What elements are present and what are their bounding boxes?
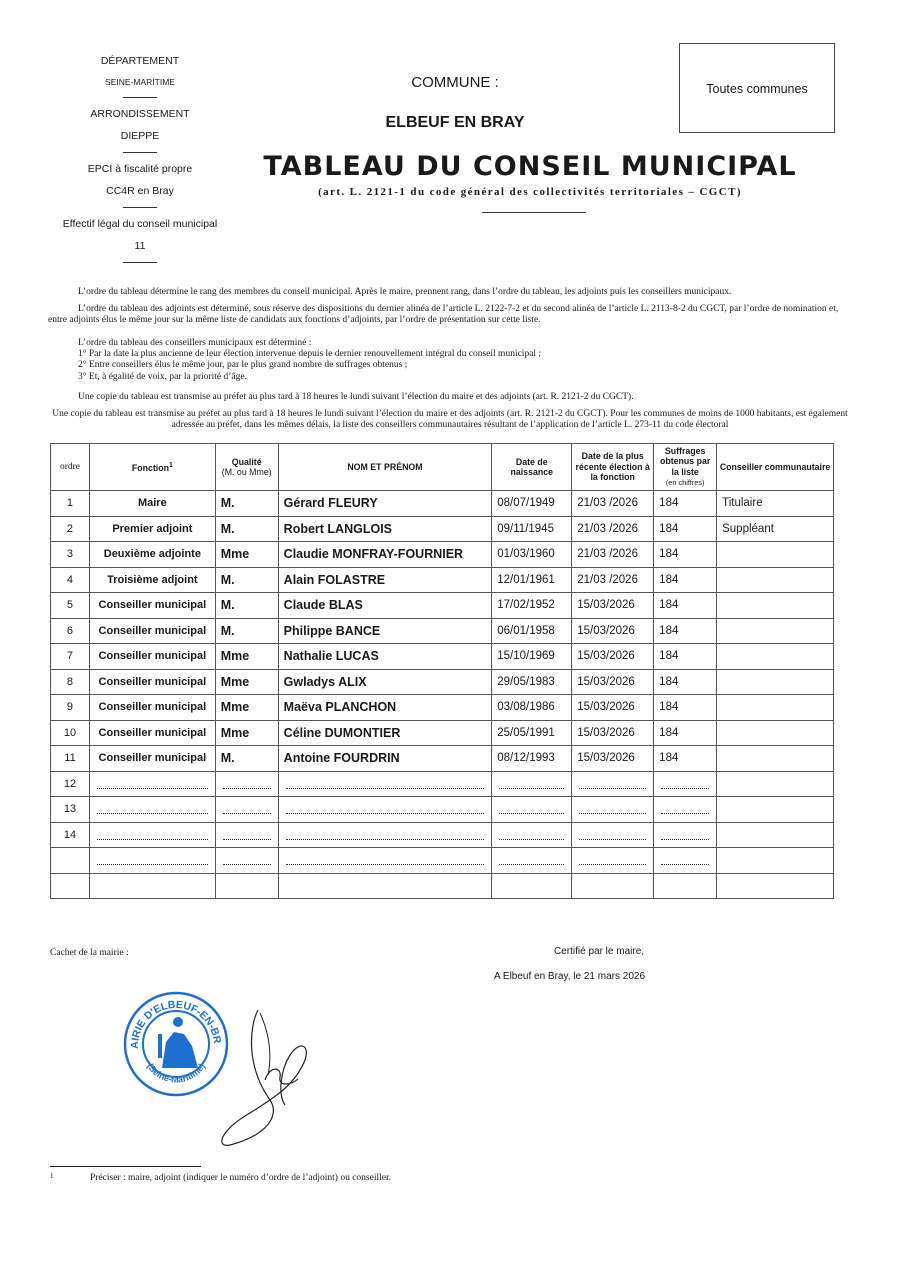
cell-election: 21/03 /2026 (572, 491, 654, 517)
dotted-fill-line (97, 830, 208, 840)
blank-table-row: 13 (51, 797, 834, 823)
blank-cell (89, 797, 215, 823)
dotted-fill-line (97, 804, 208, 814)
dotted-fill-line (499, 779, 564, 789)
divider (123, 152, 157, 153)
cell-suffrages: 184 (654, 567, 717, 593)
header-suffrages: Suffrages obtenus par la liste(en chiffr… (654, 444, 717, 491)
dotted-fill-line (579, 855, 646, 865)
cell-naissance: 09/11/1945 (492, 516, 572, 542)
cell-suffrages: 184 (654, 491, 717, 517)
dotted-fill-line (97, 779, 208, 789)
header-qualite: Qualité(M. ou Mme) (215, 444, 278, 491)
blank-table-row (51, 848, 834, 874)
cell-fonction: Conseiller municipal (89, 618, 215, 644)
blank-cell (572, 822, 654, 848)
blank-cell (492, 873, 572, 899)
cell-naissance: 03/08/1986 (492, 695, 572, 721)
blank-cell (215, 797, 278, 823)
dotted-fill-line (286, 830, 485, 840)
cell-qualite: Mme (215, 720, 278, 746)
blank-cell (215, 873, 278, 899)
blank-cell (89, 771, 215, 797)
blank-table-row: 12 (51, 771, 834, 797)
cell-communautaire: Titulaire (717, 491, 834, 517)
certification-text: Certifié par le maire, (554, 946, 644, 957)
blank-table-row: 14 (51, 822, 834, 848)
blank-cell (89, 822, 215, 848)
ordering-rules-heading: L’ordre du tableau des conseillers munic… (78, 338, 848, 349)
departement-label: DÉPARTEMENT (50, 56, 230, 67)
table-row: 8Conseiller municipalMmeGwladys ALIX29/0… (51, 669, 834, 695)
cell-ordre (51, 848, 90, 874)
dotted-fill-line (579, 779, 646, 789)
blank-cell (717, 797, 834, 823)
dotted-fill-line (223, 779, 271, 789)
cell-election: 15/03/2026 (572, 720, 654, 746)
blank-cell (654, 797, 717, 823)
cell-ordre: 1 (51, 491, 90, 517)
cell-qualite: M. (215, 618, 278, 644)
cell-ordre: 14 (51, 822, 90, 848)
effectif-value: 11 (50, 241, 230, 252)
cell-fonction: Conseiller municipal (89, 669, 215, 695)
cell-nom: Philippe BANCE (278, 618, 492, 644)
dotted-fill-line (223, 830, 271, 840)
cell-communautaire (717, 695, 834, 721)
blank-cell (654, 771, 717, 797)
blank-cell (717, 771, 834, 797)
cell-ordre: 7 (51, 644, 90, 670)
council-table: ordre Fonction1 Qualité(M. ou Mme) NOM E… (50, 443, 834, 899)
cell-fonction: Conseiller municipal (89, 593, 215, 619)
table-row: 9Conseiller municipalMmeMaëva PLANCHON03… (51, 695, 834, 721)
intro-paragraph-3: L’ordre du tableau des conseillers munic… (78, 338, 848, 383)
cell-election: 21/03 /2026 (572, 516, 654, 542)
cell-nom: Robert LANGLOIS (278, 516, 492, 542)
header-naissance: Date de naissance (492, 444, 572, 491)
arrondissement-label: ARRONDISSEMENT (50, 109, 230, 120)
intro-paragraph-1: L’ordre du tableau détermine le rang des… (50, 287, 850, 298)
divider (123, 207, 157, 208)
cell-fonction: Troisième adjoint (89, 567, 215, 593)
cell-ordre: 12 (51, 771, 90, 797)
blank-table-row (51, 873, 834, 899)
cell-communautaire (717, 746, 834, 772)
cell-communautaire: Suppléant (717, 516, 834, 542)
dotted-fill-line (661, 830, 709, 840)
epci-label: EPCI à fiscalité propre (50, 164, 230, 175)
communes-box: Toutes communes (679, 43, 835, 133)
cell-ordre (51, 873, 90, 899)
dotted-fill-line (661, 804, 709, 814)
footnote-text: Préciser : maire, adjoint (indiquer le n… (90, 1173, 391, 1183)
divider (123, 262, 157, 263)
arrondissement-value: DIEPPE (50, 131, 230, 142)
blank-cell (717, 822, 834, 848)
ordering-rule: 3° Et, à égalité de voix, par la priorit… (78, 372, 848, 383)
cell-naissance: 08/12/1993 (492, 746, 572, 772)
communes-box-text: Toutes communes (680, 82, 834, 96)
cell-election: 21/03 /2026 (572, 567, 654, 593)
cell-qualite: Mme (215, 695, 278, 721)
cell-suffrages: 184 (654, 746, 717, 772)
table-row: 10Conseiller municipalMmeCéline DUMONTIE… (51, 720, 834, 746)
cell-fonction: Premier adjoint (89, 516, 215, 542)
commune-name: ELBEUF EN BRAY (340, 114, 570, 132)
dotted-fill-line (499, 855, 564, 865)
blank-cell (717, 873, 834, 899)
dotted-fill-line (223, 855, 271, 865)
cell-naissance: 15/10/1969 (492, 644, 572, 670)
cell-suffrages: 184 (654, 593, 717, 619)
table-row: 2Premier adjointM.Robert LANGLOIS09/11/1… (51, 516, 834, 542)
dotted-fill-line (223, 804, 271, 814)
footnote-divider (50, 1166, 201, 1167)
cell-nom: Antoine FOURDRIN (278, 746, 492, 772)
cell-qualite: M. (215, 593, 278, 619)
blank-cell (89, 873, 215, 899)
header-fonction-label: Fonction (132, 463, 169, 473)
cell-ordre: 3 (51, 542, 90, 568)
cell-communautaire (717, 669, 834, 695)
dotted-fill-line (286, 779, 485, 789)
cell-ordre: 9 (51, 695, 90, 721)
blank-cell (572, 873, 654, 899)
footnote-number: 1 (50, 1172, 54, 1180)
cell-fonction: Conseiller municipal (89, 644, 215, 670)
dotted-fill-line (661, 779, 709, 789)
cell-naissance: 25/05/1991 (492, 720, 572, 746)
ordering-rule: 1° Par la date la plus ancienne de leur … (78, 349, 848, 360)
mayor-signature (210, 1005, 320, 1150)
cell-suffrages: 184 (654, 516, 717, 542)
cell-fonction: Conseiller municipal (89, 720, 215, 746)
cell-suffrages: 184 (654, 720, 717, 746)
cell-nom: Maëva PLANCHON (278, 695, 492, 721)
cell-nom: Céline DUMONTIER (278, 720, 492, 746)
cell-nom: Gérard FLEURY (278, 491, 492, 517)
header-qualite-label: Qualité (232, 457, 262, 467)
blank-cell (572, 771, 654, 797)
table-header-row: ordre Fonction1 Qualité(M. ou Mme) NOM E… (51, 444, 834, 491)
cell-election: 15/03/2026 (572, 669, 654, 695)
header-election: Date de la plus récente élection à la fo… (572, 444, 654, 491)
dotted-fill-line (499, 804, 564, 814)
cell-fonction: Maire (89, 491, 215, 517)
cell-ordre: 4 (51, 567, 90, 593)
cell-election: 15/03/2026 (572, 695, 654, 721)
commune-label: COMMUNE : (370, 74, 540, 91)
cell-fonction: Deuxième adjointe (89, 542, 215, 568)
blank-cell (572, 797, 654, 823)
table-row: 11Conseiller municipalM.Antoine FOURDRIN… (51, 746, 834, 772)
header-suffrages-sub: (en chiffres) (666, 478, 705, 487)
dotted-fill-line (499, 830, 564, 840)
dotted-fill-line (579, 830, 646, 840)
header-nom: NOM ET PRÉNOM (278, 444, 492, 491)
cell-communautaire (717, 593, 834, 619)
cell-communautaire (717, 720, 834, 746)
cell-ordre: 6 (51, 618, 90, 644)
document-subtitle: (art. L. 2121-1 du code général des coll… (250, 186, 810, 198)
cell-fonction: Conseiller municipal (89, 746, 215, 772)
dotted-fill-line (97, 855, 208, 865)
blank-cell (492, 822, 572, 848)
blank-cell (572, 848, 654, 874)
cell-qualite: Mme (215, 669, 278, 695)
footnote-ref: 1 (169, 462, 173, 469)
cell-suffrages: 184 (654, 618, 717, 644)
cell-nom: Nathalie LUCAS (278, 644, 492, 670)
cell-naissance: 08/07/1949 (492, 491, 572, 517)
cell-communautaire (717, 567, 834, 593)
document-title: TABLEAU DU CONSEIL MUNICIPAL (250, 151, 810, 182)
table-row: 3Deuxième adjointeMmeClaudie MONFRAY-FOU… (51, 542, 834, 568)
cell-election: 21/03 /2026 (572, 542, 654, 568)
cell-qualite: M. (215, 746, 278, 772)
header-suffrages-label: Suffrages obtenus par la liste (660, 446, 710, 477)
cell-election: 15/03/2026 (572, 746, 654, 772)
dotted-fill-line (286, 855, 485, 865)
table-row: 4Troisième adjointM.Alain FOLASTRE12/01/… (51, 567, 834, 593)
blank-cell (215, 848, 278, 874)
administrative-info: DÉPARTEMENT SEINE-MARITIME ARRONDISSEMEN… (50, 56, 230, 274)
intro-paragraph-5: Une copie du tableau est transmise au pr… (50, 409, 850, 431)
cell-suffrages: 184 (654, 644, 717, 670)
table-row: 5Conseiller municipalM.Claude BLAS17/02/… (51, 593, 834, 619)
blank-cell (654, 822, 717, 848)
cell-naissance: 06/01/1958 (492, 618, 572, 644)
dotted-fill-line (286, 804, 485, 814)
cell-suffrages: 184 (654, 542, 717, 568)
epci-value: CC4R en Bray (50, 186, 230, 197)
blank-cell (492, 797, 572, 823)
cell-fonction: Conseiller municipal (89, 695, 215, 721)
dotted-fill-line (661, 855, 709, 865)
cell-ordre: 8 (51, 669, 90, 695)
table-row: 7Conseiller municipalMmeNathalie LUCAS15… (51, 644, 834, 670)
cell-naissance: 29/05/1983 (492, 669, 572, 695)
cell-communautaire (717, 542, 834, 568)
header-qualite-sub: (M. ou Mme) (222, 467, 272, 477)
cell-nom: Claude BLAS (278, 593, 492, 619)
cell-ordre: 5 (51, 593, 90, 619)
cell-suffrages: 184 (654, 669, 717, 695)
title-divider (482, 212, 586, 213)
place-date: A Elbeuf en Bray, le 21 mars 2026 (494, 971, 645, 982)
header-communautaire: Conseiller communautaire (717, 444, 834, 491)
departement-value: SEINE-MARITIME (50, 78, 230, 87)
blank-cell (278, 873, 492, 899)
cell-communautaire (717, 618, 834, 644)
cell-qualite: M. (215, 491, 278, 517)
intro-paragraph-2: L’ordre du tableau des adjoints est déte… (48, 304, 848, 326)
blank-cell (654, 873, 717, 899)
blank-cell (278, 771, 492, 797)
blank-cell (278, 848, 492, 874)
cell-naissance: 01/03/1960 (492, 542, 572, 568)
cell-ordre: 10 (51, 720, 90, 746)
intro-paragraph-4: Une copie du tableau est transmise au pr… (78, 392, 848, 403)
cell-nom: Claudie MONFRAY-FOURNIER (278, 542, 492, 568)
header-fonction: Fonction1 (89, 444, 215, 491)
blank-cell (89, 848, 215, 874)
dotted-fill-line (579, 804, 646, 814)
blank-cell (492, 848, 572, 874)
blank-cell (717, 848, 834, 874)
cell-qualite: M. (215, 516, 278, 542)
ordering-rule: 2° Entre conseillers élus le même jour, … (78, 360, 848, 371)
cell-communautaire (717, 644, 834, 670)
cell-naissance: 17/02/1952 (492, 593, 572, 619)
cell-ordre: 11 (51, 746, 90, 772)
cell-election: 15/03/2026 (572, 644, 654, 670)
cachet-label: Cachet de la mairie : (50, 948, 129, 958)
cell-suffrages: 184 (654, 695, 717, 721)
blank-cell (278, 797, 492, 823)
cell-qualite: M. (215, 567, 278, 593)
cell-naissance: 12/01/1961 (492, 567, 572, 593)
cell-nom: Alain FOLASTRE (278, 567, 492, 593)
blank-cell (654, 848, 717, 874)
effectif-label: Effectif légal du conseil municipal (50, 219, 230, 230)
header-ordre: ordre (51, 444, 90, 491)
cell-qualite: Mme (215, 542, 278, 568)
cell-election: 15/03/2026 (572, 593, 654, 619)
cell-ordre: 2 (51, 516, 90, 542)
cell-ordre: 13 (51, 797, 90, 823)
cell-qualite: Mme (215, 644, 278, 670)
cell-election: 15/03/2026 (572, 618, 654, 644)
cell-nom: Gwladys ALIX (278, 669, 492, 695)
table-row: 1MaireM.Gérard FLEURY08/07/194921/03 /20… (51, 491, 834, 517)
blank-cell (215, 822, 278, 848)
blank-cell (215, 771, 278, 797)
blank-cell (278, 822, 492, 848)
divider (123, 97, 157, 98)
table-row: 6Conseiller municipalM.Philippe BANCE06/… (51, 618, 834, 644)
blank-cell (492, 771, 572, 797)
